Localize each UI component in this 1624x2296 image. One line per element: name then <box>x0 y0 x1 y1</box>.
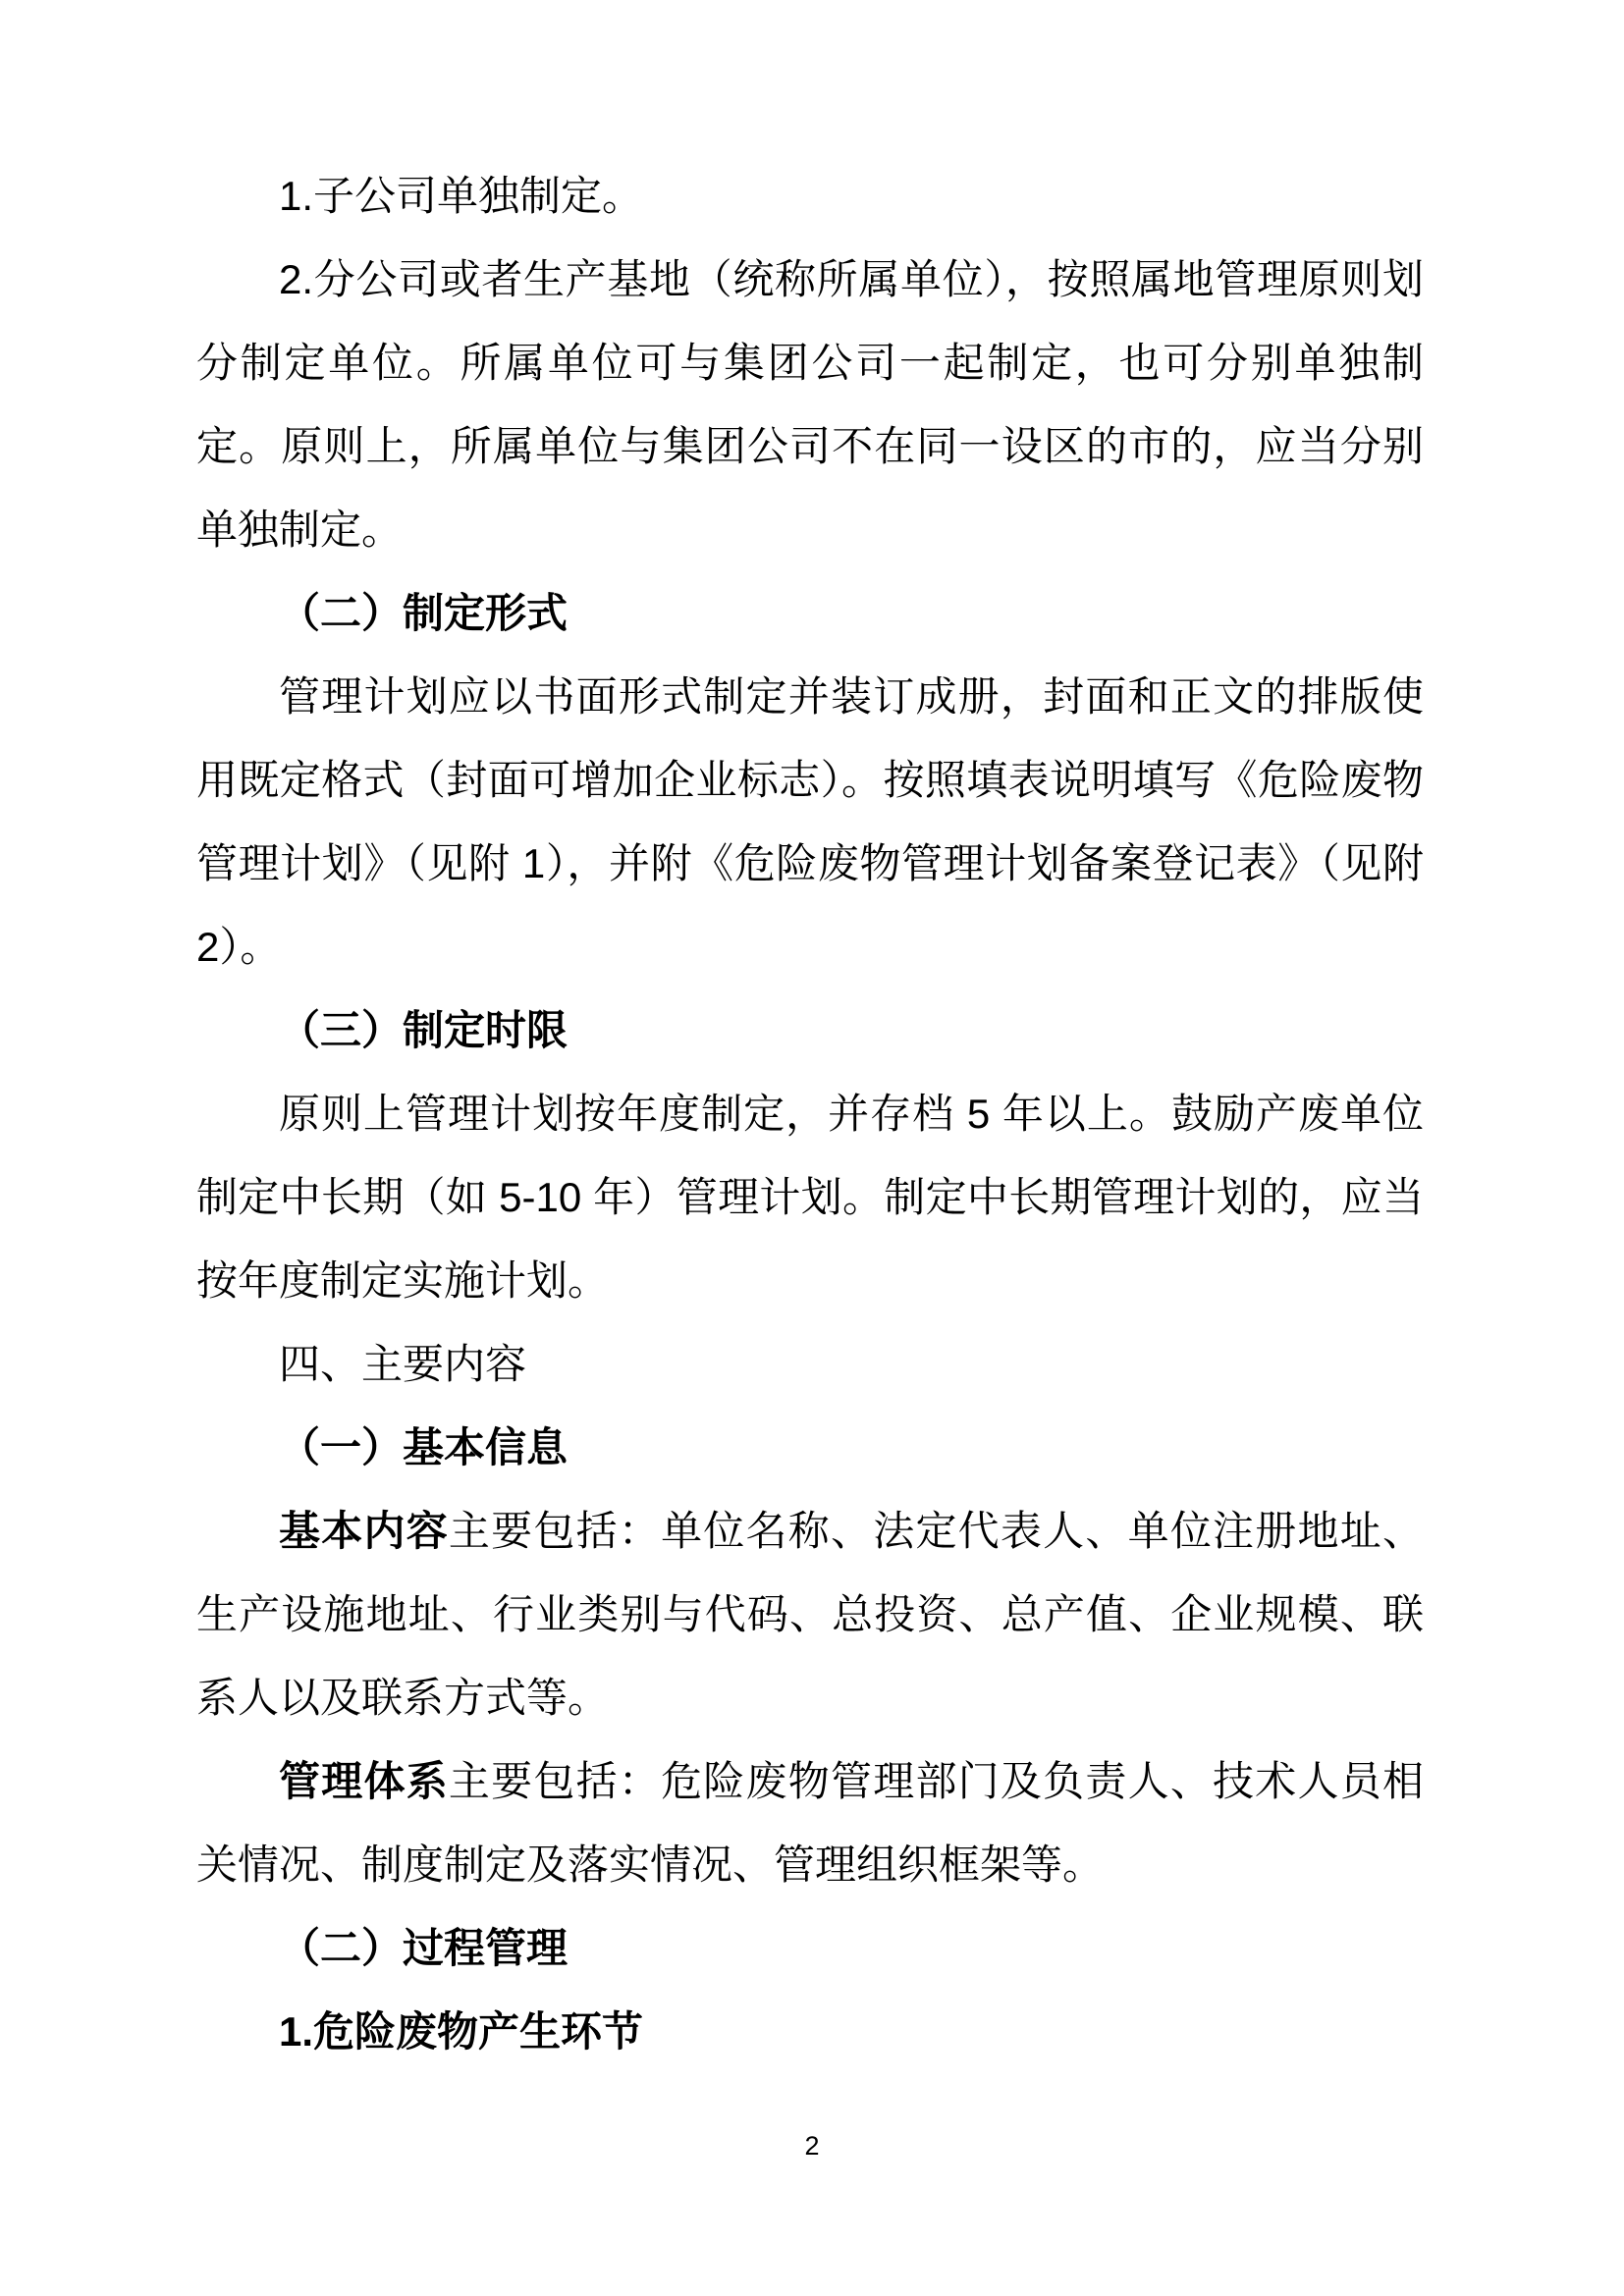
body-paragraph-basic-content: 基本内容主要包括：单位名称、法定代表人、单位注册地址、生产设施地址、行业类别与代… <box>196 1489 1424 1739</box>
run-in-lead-management-system: 管理体系 <box>279 1758 449 1804</box>
body-paragraph-subsidiary: 1.子公司单独制定。 <box>196 154 1424 238</box>
section-heading-format: （二）制定形式 <box>196 571 1424 655</box>
section-heading-process-management: （二）过程管理 <box>196 1906 1424 1990</box>
body-paragraph-written-form: 管理计划应以书面形式制定并装订成册，封面和正文的排版使用既定格式（封面可增加企业… <box>196 655 1424 988</box>
subsection-heading-waste-generation: 1.危险废物产生环节 <box>196 1990 1424 2073</box>
page-number: 2 <box>0 2126 1624 2165</box>
section-heading-basic-info: （一）基本信息 <box>196 1406 1424 1489</box>
section-heading-time-limit: （三）制定时限 <box>196 988 1424 1072</box>
body-paragraph-management-system: 管理体系主要包括：危险废物管理部门及负责人、技术人员相关情况、制度制定及落实情况… <box>196 1739 1424 1906</box>
chapter-heading-main-content: 四、主要内容 <box>196 1322 1424 1406</box>
document-body: 1.子公司单独制定。 2.分公司或者生产基地（统称所属单位），按照属地管理原则划… <box>196 154 1424 2073</box>
body-paragraph-branch-units: 2.分公司或者生产基地（统称所属单位），按照属地管理原则划分制定单位。所属单位可… <box>196 238 1424 571</box>
run-in-lead-basic-content: 基本内容 <box>279 1508 449 1554</box>
body-paragraph-annual-plan: 原则上管理计划按年度制定，并存档 5 年以上。鼓励产废单位制定中长期（如 5-1… <box>196 1072 1424 1322</box>
document-page: 1.子公司单独制定。 2.分公司或者生产基地（统称所属单位），按照属地管理原则划… <box>0 0 1624 2296</box>
